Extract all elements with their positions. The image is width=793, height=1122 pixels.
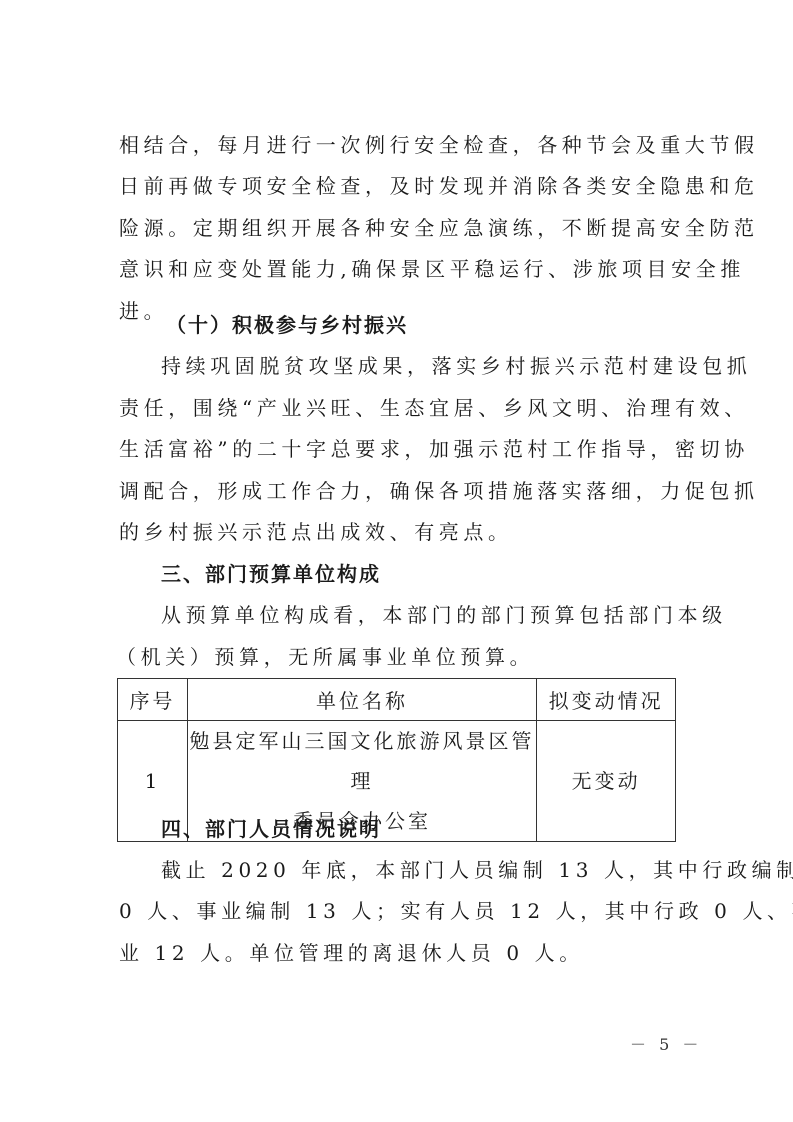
header-unit-name: 单位名称 xyxy=(187,679,536,721)
paragraph-line: 险源。定期组织开展各种安全应急演练，不断提高安全防范 xyxy=(119,216,759,240)
paragraph-line: （机关）预算，无所属事业单位预算。 xyxy=(116,645,534,669)
paragraph-line: 业 12 人。单位管理的离退休人员 0 人。 xyxy=(119,941,584,965)
paragraph-line: 日前再做专项安全检查，及时发现并消除各类安全隐患和危 xyxy=(119,174,759,198)
table-header-row: 序号 单位名称 拟变动情况 xyxy=(118,679,676,721)
cell-planned-change: 无变动 xyxy=(537,721,676,842)
paragraph-line: 持续巩固脱贫攻坚成果，落实乡村振兴示范村建设包抓 xyxy=(161,354,751,378)
page-number: － 5 － xyxy=(630,1032,702,1055)
section-heading-budget-units: 三、部门预算单位构成 xyxy=(161,562,381,586)
paragraph-line: 0 人、事业编制 13 人；实有人员 12 人，其中行政 0 人、事 xyxy=(119,899,793,923)
paragraph-line: 生活富裕”的二十字总要求，加强示范村工作指导，密切协 xyxy=(119,437,749,461)
document-page: 相结合，每月进行一次例行安全检查，各种节会及重大节假 日前再做专项安全检查，及时… xyxy=(0,0,793,1122)
unit-name-line: 勉县定军山三国文化旅游风景区管理 xyxy=(188,721,536,801)
paragraph-line: 意识和应变处置能力,确保景区平稳运行、涉旅项目安全推 xyxy=(119,257,745,281)
paragraph-line: 调配合，形成工作合力，确保各项措施落实落细，力促包抓 xyxy=(119,479,759,503)
section-heading-rural-revitalization: （十）积极参与乡村振兴 xyxy=(166,313,408,337)
header-serial-number: 序号 xyxy=(118,679,188,721)
paragraph-line: 进。 xyxy=(119,299,168,323)
paragraph-line: 相结合，每月进行一次例行安全检查，各种节会及重大节假 xyxy=(119,133,759,157)
paragraph-line: 责任，围绕“产业兴旺、生态宜居、乡风文明、治理有效、 xyxy=(119,396,749,420)
paragraph-line: 的乡村振兴示范点出成效、有亮点。 xyxy=(119,520,513,544)
paragraph-line: 从预算单位构成看，本部门的部门预算包括部门本级 xyxy=(161,603,727,627)
section-heading-staffing: 四、部门人员情况说明 xyxy=(161,817,381,841)
header-planned-change: 拟变动情况 xyxy=(537,679,676,721)
paragraph-line: 截止 2020 年底，本部门人员编制 13 人，其中行政编制 xyxy=(161,858,793,882)
